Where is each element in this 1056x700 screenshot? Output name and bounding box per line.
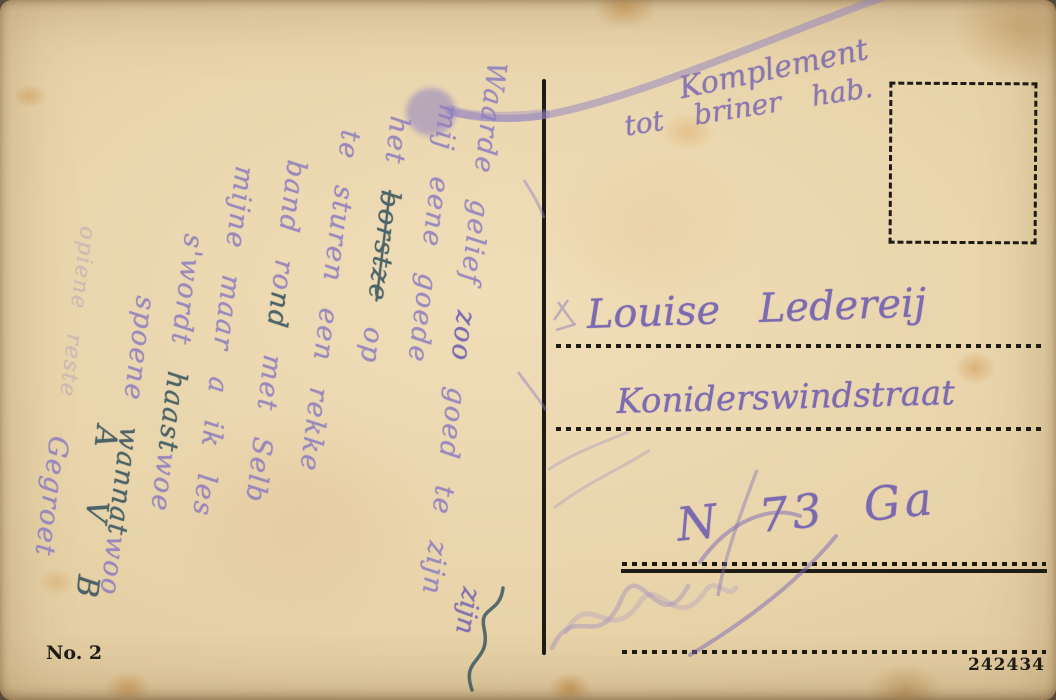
- message-word: nd: [261, 290, 296, 331]
- stamp-box: [889, 82, 1038, 245]
- address-line-3-rule: [621, 569, 1047, 573]
- address-line-4: [622, 650, 1046, 654]
- message-word: goed te zijn: [416, 360, 475, 598]
- message-word: spoene: [114, 294, 161, 429]
- message-line: opiene reste: [54, 225, 100, 399]
- handwritten-address-name: Louise Ledereij: [586, 280, 927, 338]
- message-word: zoo: [444, 309, 481, 364]
- message-word: met Selb: [239, 327, 291, 505]
- message-word: band ro: [265, 158, 312, 293]
- message-word: s'wordt: [161, 232, 209, 373]
- ink-showthrough-strokes: [548, 432, 650, 508]
- ink-showthrough-scrawl: [566, 585, 736, 632]
- message-word: Waarde gelief: [451, 60, 512, 312]
- message-word: haast: [151, 369, 192, 454]
- message-line: Gegroet: [28, 434, 74, 558]
- ink-cross-mark: [554, 300, 576, 330]
- address-line-3: [622, 562, 1046, 566]
- message-word: Gegroet: [28, 434, 74, 558]
- message-word: borstze: [361, 188, 405, 303]
- serial-number: 242434: [968, 655, 1045, 675]
- handwritten-address-street: Koniderswindstraat: [616, 373, 955, 422]
- postcard-back: Komplement tot briner hab. Louise Ledere…: [0, 0, 1056, 700]
- center-divider-line: [542, 79, 546, 655]
- message-word: op: [354, 300, 392, 366]
- address-line-2: [556, 427, 1044, 431]
- handwritten-address-number: N 73 Ga: [674, 471, 938, 552]
- card-number-label: No. 2: [46, 642, 102, 664]
- ink-flourish-bottom: [552, 586, 688, 648]
- postcard-scan: Komplement tot briner hab. Louise Ledere…: [0, 0, 1056, 700]
- message-word: woe: [144, 451, 182, 514]
- message-word: het: [375, 114, 415, 192]
- address-line-1: [556, 344, 1044, 348]
- message-word: opiene reste: [54, 225, 100, 399]
- message-fragment: zijn: [449, 585, 486, 636]
